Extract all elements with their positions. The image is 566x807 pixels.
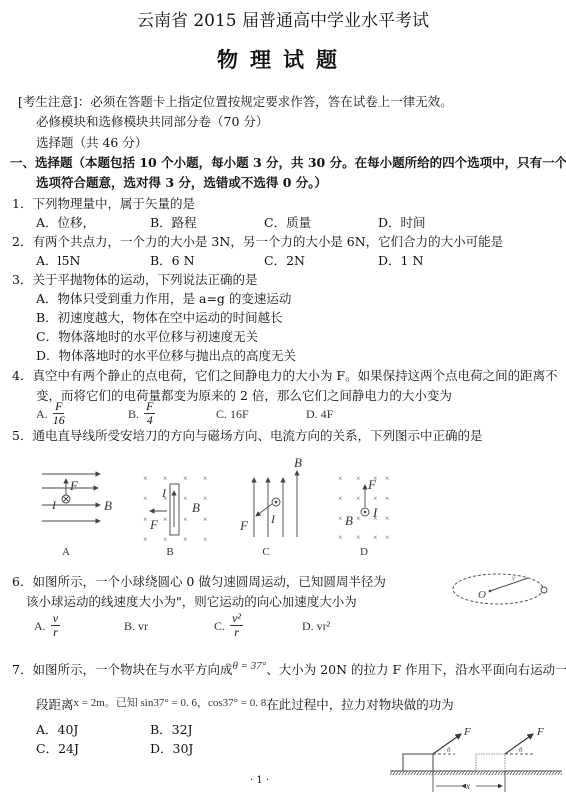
q2-option-d: D．1 N xyxy=(378,253,423,269)
part1-instructions-line1: 一、选择题（本题包括 10 个小题，每小题 3 分，共 30 分。在每小题所给的… xyxy=(10,155,566,171)
svg-text:×: × xyxy=(203,494,208,503)
q7-block-figure: F F θ θ x xyxy=(380,720,566,807)
question-7-stem-cont: 段距离x = 2m。已知 sin37° = 0. 6，cos37° = 0. 8… xyxy=(36,697,454,714)
question-5-stem: 5．通电直导线所受安培刀的方向与磁场方向、电流方向的关系，下列图示中正确的是 xyxy=(12,428,482,444)
fraction: F 16 xyxy=(53,400,65,427)
question-4-stem-cont: 变，而将它们的电荷量都变为原来的 2 倍，那么它们之间静电力的大小变为 xyxy=(36,388,452,404)
svg-text:D: D xyxy=(360,546,368,558)
q4-option-d: D. 4F xyxy=(306,407,333,422)
svg-text:F: F xyxy=(463,726,471,738)
svg-text:×: × xyxy=(338,514,343,523)
svg-text:×: × xyxy=(183,515,188,524)
q3-option-a: A．物体只受到重力作用，是 a=g 的变速运动 xyxy=(36,291,291,307)
question-3-stem: 3．关于平抛物体的运动，下列说法正确的是 xyxy=(12,272,257,288)
q5-figures: F I B A ×××× ×××× ×××× ×××× I B F B B F … xyxy=(0,445,420,565)
q1-option-b: B．路程 xyxy=(150,215,197,231)
question-6-stem: 6．如图所示，一个小球绕圆心 0 做匀速圆周运动，已知圆周半径为 xyxy=(12,574,386,590)
svg-text:B: B xyxy=(294,455,302,470)
svg-text:×: × xyxy=(356,494,361,503)
svg-text:F: F xyxy=(239,518,249,533)
question-2-stem: 2．有两个共点力，一个力的大小是 3N，另一个力的大小是 6N，它们合力的大小可… xyxy=(12,234,503,250)
q1-option-d: D．时间 xyxy=(378,215,426,231)
svg-text:×: × xyxy=(203,535,208,544)
svg-text:×: × xyxy=(338,533,343,542)
svg-text:×: × xyxy=(356,474,361,483)
exam-notice: [考生注意]：必须在答题卡上指定位置按规定要求作答，答在试卷上一律无效。 xyxy=(18,94,453,110)
svg-text:I: I xyxy=(372,505,378,520)
q4-option-c: C. 16F xyxy=(216,407,249,422)
svg-text:×: × xyxy=(143,515,148,524)
svg-text:F: F xyxy=(536,726,544,738)
svg-text:×: × xyxy=(338,474,343,483)
svg-text:O: O xyxy=(478,589,486,601)
figure-c xyxy=(254,471,297,537)
svg-text:×: × xyxy=(143,535,148,544)
fraction: v r xyxy=(51,612,60,639)
svg-text:×: × xyxy=(143,494,148,503)
svg-text:×: × xyxy=(356,514,361,523)
subject-title: 物理试题 xyxy=(0,44,566,74)
exam-title: 云南省 2015 届普通高中学业水平考试 xyxy=(0,6,566,31)
q7-option-b: B．32J xyxy=(150,722,193,738)
q7-option-a: A．40J xyxy=(36,722,78,738)
q1-option-a: A．位移， xyxy=(36,215,95,231)
q6-option-d: D. vr² xyxy=(302,619,330,634)
section-common: 必修模块和选修模块共同部分卷（70 分） xyxy=(36,114,268,130)
svg-text:C: C xyxy=(262,546,269,558)
q4-option-a: A. F 16 xyxy=(36,400,65,427)
q3-option-c: C．物体落地时的水平位移与初速度无关 xyxy=(36,329,258,345)
q2-option-c: C．2N xyxy=(264,253,305,269)
section-choice: 选择题（共 46 分） xyxy=(36,135,147,151)
svg-text:×: × xyxy=(183,535,188,544)
svg-text:×: × xyxy=(385,514,390,523)
svg-text:×: × xyxy=(163,515,168,524)
q7-option-c: C．24J xyxy=(36,741,79,757)
svg-text:θ: θ xyxy=(447,746,451,754)
svg-text:×: × xyxy=(373,494,378,503)
q6-option-a: A. v r xyxy=(34,612,60,639)
svg-text:B: B xyxy=(166,546,173,558)
svg-text:×: × xyxy=(203,515,208,524)
question-7-stem: 7．如图所示，一个物块在与水平方向成θ = 37°、大小为 20N 的拉力 F … xyxy=(12,662,566,679)
question-1-stem: 1．下列物理量中，属于矢量的是 xyxy=(12,196,195,212)
fraction: F 4 xyxy=(144,400,155,427)
question-6-stem-cont: 该小球运动的线速度大小为"，则它运动的向心加速度大小为 xyxy=(26,594,357,610)
svg-text:×: × xyxy=(163,535,168,544)
q6-option-b: B. vr xyxy=(124,619,148,634)
question-4-stem: 4．真空中有两个静止的点电荷，它们之间静电力的大小为 F。如果保持这两个点电荷之… xyxy=(12,368,558,384)
svg-text:F: F xyxy=(69,478,79,493)
svg-text:×: × xyxy=(385,474,390,483)
svg-text:I: I xyxy=(270,512,276,526)
svg-text:×: × xyxy=(385,533,390,542)
svg-text:F: F xyxy=(149,517,159,532)
q2-option-a: A．l5N xyxy=(36,253,80,269)
svg-text:×: × xyxy=(373,533,378,542)
q6-circle-figure: O v xyxy=(440,565,566,615)
svg-text:B: B xyxy=(345,513,353,528)
q3-option-d: D．物体落地时的水平位移与抛出点的高度无关 xyxy=(36,348,296,364)
svg-text:×: × xyxy=(143,474,148,483)
q3-option-b: B．初速度越大，物体在空中运动的时间越长 xyxy=(36,310,283,326)
q2-option-b: B．6 N xyxy=(150,253,195,269)
svg-text:F: F xyxy=(367,477,377,492)
q1-option-c: C．质量 xyxy=(264,215,311,231)
q6-option-c: C. v² r xyxy=(214,612,243,639)
svg-text:x: x xyxy=(465,781,470,791)
svg-text:θ: θ xyxy=(519,746,523,754)
svg-text:×: × xyxy=(183,494,188,503)
svg-text:×: × xyxy=(356,533,361,542)
part1-instructions-line2: 选项符合题意，选对得 3 分，选错或不选得 0 分。） xyxy=(36,175,327,191)
svg-text:B: B xyxy=(192,500,200,515)
page-number: · 1 · xyxy=(250,773,269,789)
svg-text:×: × xyxy=(203,474,208,483)
q4-option-b: B. F 4 xyxy=(128,400,155,427)
svg-text:B: B xyxy=(104,498,112,513)
svg-text:×: × xyxy=(163,474,168,483)
fraction: v² r xyxy=(230,612,243,639)
svg-text:×: × xyxy=(338,494,343,503)
svg-text:A: A xyxy=(62,546,70,558)
svg-text:×: × xyxy=(385,494,390,503)
svg-text:×: × xyxy=(183,474,188,483)
q7-option-d: D．30J xyxy=(150,741,193,757)
